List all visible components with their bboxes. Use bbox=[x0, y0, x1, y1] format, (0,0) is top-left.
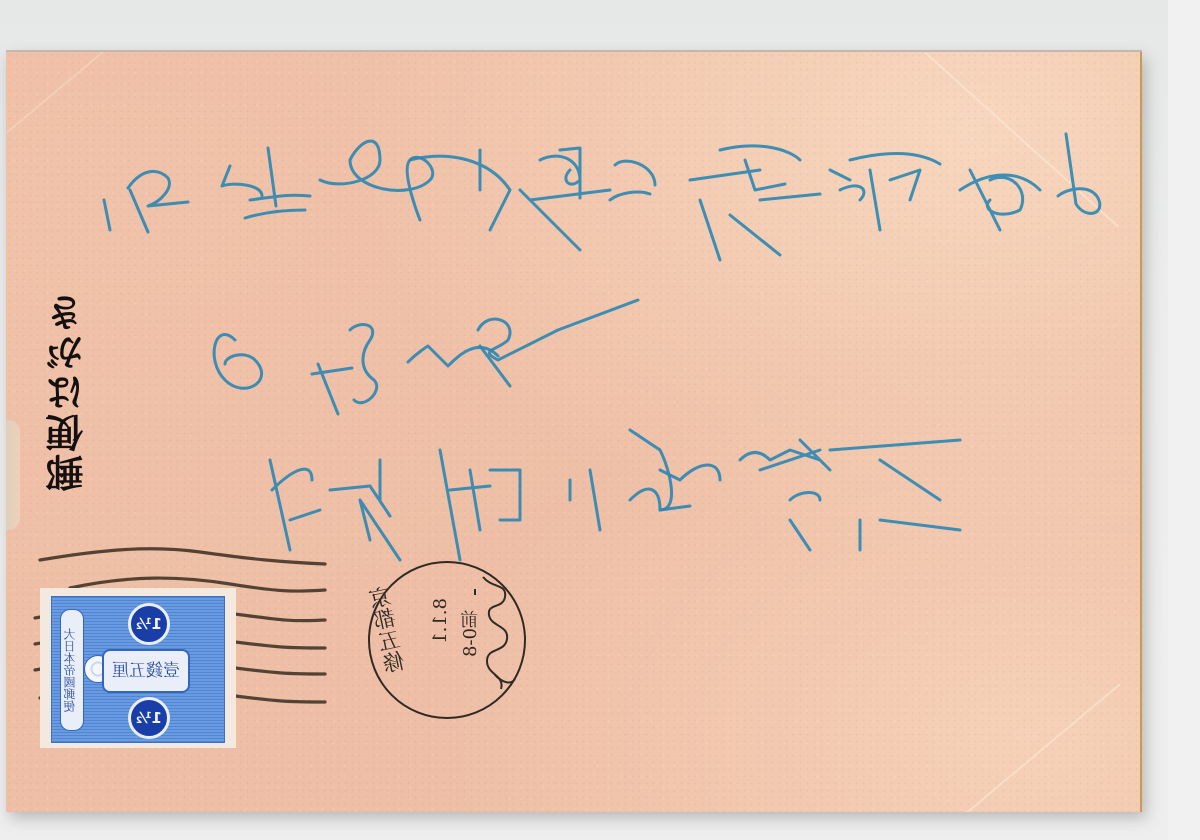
corner-crease bbox=[6, 52, 176, 134]
corner-crease bbox=[925, 52, 1120, 227]
stamp-denomination-top: 1½ bbox=[128, 603, 170, 645]
stamp-denomination-bottom: 1½ bbox=[128, 697, 170, 739]
postmark-time: 前0-8 bbox=[462, 610, 480, 657]
corner-crease bbox=[966, 683, 1120, 812]
paper-edge-damage bbox=[6, 420, 20, 530]
stamp-center-text: 壹錢五厘 bbox=[102, 649, 190, 693]
postage-stamp: 大日本帝國郵便 1½ 壹錢五厘 1½ bbox=[40, 588, 236, 748]
stamp-frame: 大日本帝國郵便 1½ 壹錢五厘 1½ bbox=[51, 596, 225, 743]
stamp-side-text: 大日本帝國郵便 bbox=[60, 609, 84, 731]
postmark-date: 8.1.1 bbox=[432, 598, 450, 644]
scanner-edge-strip bbox=[1168, 0, 1200, 840]
postcard-header: 郵便はがき bbox=[46, 292, 96, 492]
